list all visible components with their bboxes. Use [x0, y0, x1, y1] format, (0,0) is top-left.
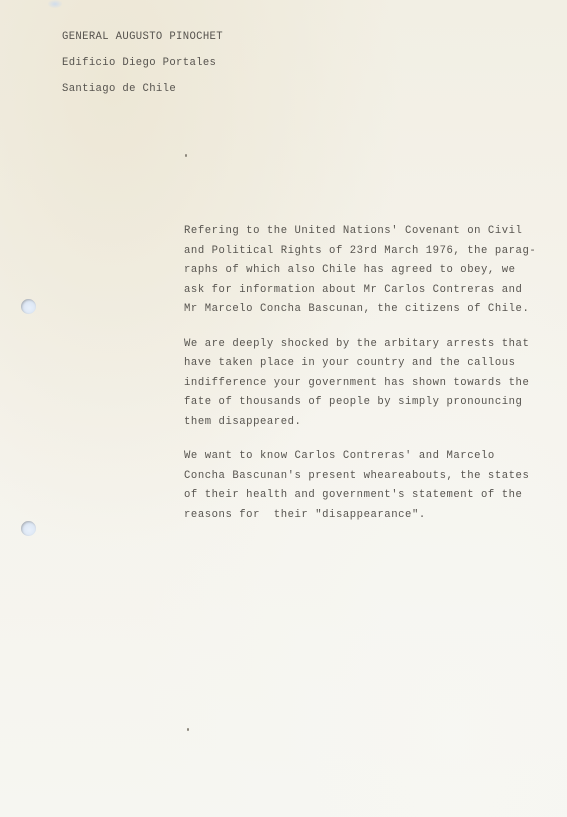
text-line: them disappeared. — [184, 413, 554, 433]
text-line: reasons for their "disappearance". — [184, 506, 554, 526]
text-line: We want to know Carlos Contreras' and Ma… — [184, 447, 554, 467]
paper-speck — [185, 154, 187, 157]
text-line: ask for information about Mr Carlos Cont… — [184, 281, 554, 301]
recipient-city: Santiago de Chile — [62, 76, 223, 102]
text-line: have taken place in your country and the… — [184, 354, 554, 374]
paragraph-arrests: We are deeply shocked by the arbitary ar… — [184, 335, 554, 433]
punch-hole-icon — [21, 299, 36, 314]
punch-hole-icon — [21, 521, 36, 536]
recipient-building: Edificio Diego Portales — [62, 50, 223, 76]
text-line: raphs of which also Chile has agreed to … — [184, 261, 554, 281]
paragraph-covenant: Refering to the United Nations' Covenant… — [184, 222, 554, 320]
text-line: indifference your government has shown t… — [184, 374, 554, 394]
text-line: of their health and government's stateme… — [184, 486, 554, 506]
letter-page: GENERAL AUGUSTO PINOCHET Edificio Diego … — [0, 0, 567, 817]
paragraph-request: We want to know Carlos Contreras' and Ma… — [184, 447, 554, 525]
scan-artifact — [48, 0, 62, 8]
recipient-name: GENERAL AUGUSTO PINOCHET — [62, 24, 223, 50]
text-line: Mr Marcelo Concha Bascunan, the citizens… — [184, 300, 554, 320]
text-line: We are deeply shocked by the arbitary ar… — [184, 335, 554, 355]
text-line: fate of thousands of people by simply pr… — [184, 393, 554, 413]
text-line: and Political Rights of 23rd March 1976,… — [184, 242, 554, 262]
recipient-address: GENERAL AUGUSTO PINOCHET Edificio Diego … — [62, 24, 223, 102]
letter-body: Refering to the United Nations' Covenant… — [184, 222, 554, 540]
text-line: Concha Bascunan's present wheareabouts, … — [184, 467, 554, 487]
paper-speck — [187, 728, 189, 731]
text-line: Refering to the United Nations' Covenant… — [184, 222, 554, 242]
